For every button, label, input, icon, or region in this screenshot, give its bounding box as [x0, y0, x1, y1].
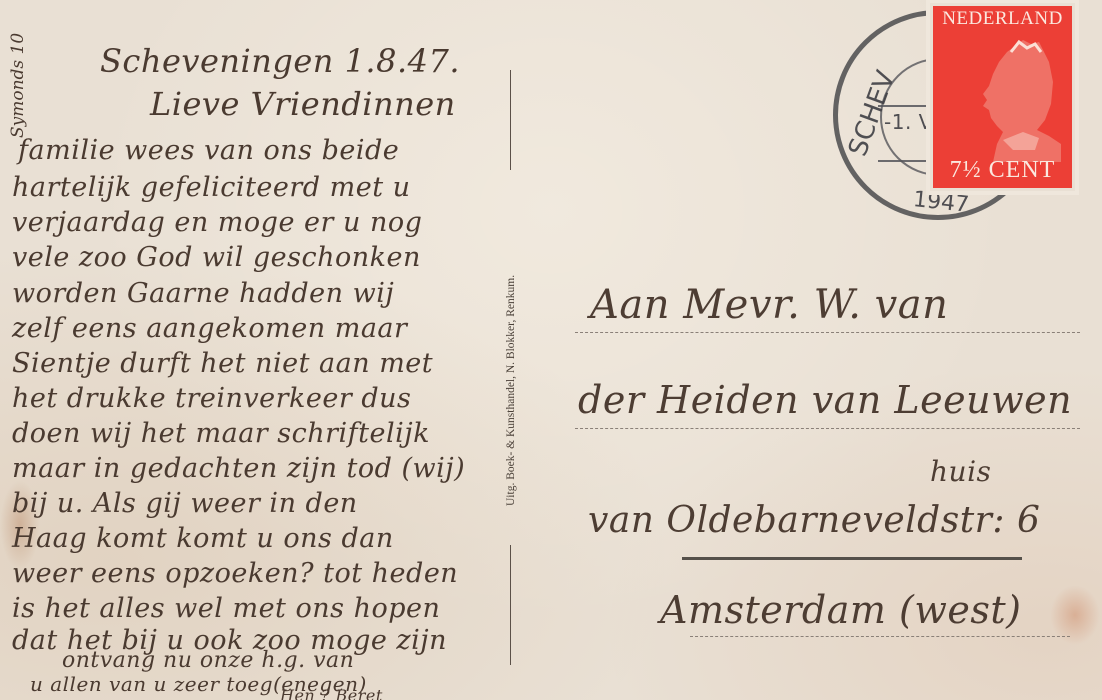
message-line: bij u. Als gij weer in den	[12, 488, 358, 519]
queen-portrait-icon	[953, 32, 1063, 162]
stamp-country: NEDERLAND	[933, 8, 1072, 30]
message-line: Haag komt komt u ons dan	[12, 523, 394, 554]
message-line: Scheveningen 1.8.47.	[100, 42, 460, 80]
address-line: der Heiden van Leeuwen	[578, 378, 1072, 422]
address-line: Aan Mevr. W. van	[590, 282, 948, 328]
message-line: weer eens opzoeken? tot heden	[12, 558, 458, 589]
stamp-value: 7½ CENT	[933, 157, 1072, 184]
address-line: huis	[930, 455, 991, 488]
message-line: zelf eens aangekomen maar	[12, 313, 407, 344]
message-line: vele zoo God wil geschonken	[12, 242, 421, 273]
message-line: ontvang nu onze h.g. van	[62, 648, 354, 673]
message-line: Lieve Vriendinnen	[150, 85, 456, 123]
postage-stamp: NEDERLAND 7½ CENT	[930, 3, 1075, 191]
publisher-imprint: Uitg. Boek- & Kunsthandel, N. Blokker, R…	[505, 180, 525, 600]
address-rule	[575, 332, 1080, 333]
address-rule	[690, 636, 1070, 637]
message-line: verjaardag en moge er u nog	[12, 207, 422, 238]
message-line: worden Gaarne hadden wij	[12, 278, 394, 309]
side-note: Symonds 10	[8, 18, 48, 138]
postmark-bar	[878, 160, 933, 162]
message-line: hartelijk gefeliciteerd met u	[12, 172, 411, 203]
address-rule-solid	[682, 557, 1022, 560]
address-line: van Oldebarneveldstr: 6	[588, 500, 1040, 541]
address-rule	[575, 428, 1080, 429]
address-line: Amsterdam (west)	[660, 588, 1021, 632]
signature: Hen ? Beret	[280, 686, 383, 700]
message-line: is het alles wel met ons hopen	[12, 593, 440, 624]
message-line: Sientje durft het niet aan met	[12, 348, 433, 379]
postcard: Symonds 10 Scheveningen 1.8.47. Lieve Vr…	[0, 0, 1102, 700]
message-line: maar in gedachten zijn tod (wij)	[12, 453, 465, 484]
divider-line	[510, 70, 511, 170]
message-line: het drukke treinverkeer dus	[12, 383, 411, 414]
message-line: familie wees van ons beide	[18, 135, 399, 166]
stamp-face: NEDERLAND 7½ CENT	[933, 6, 1072, 188]
message-line: doen wij het maar schriftelijk	[12, 418, 430, 449]
